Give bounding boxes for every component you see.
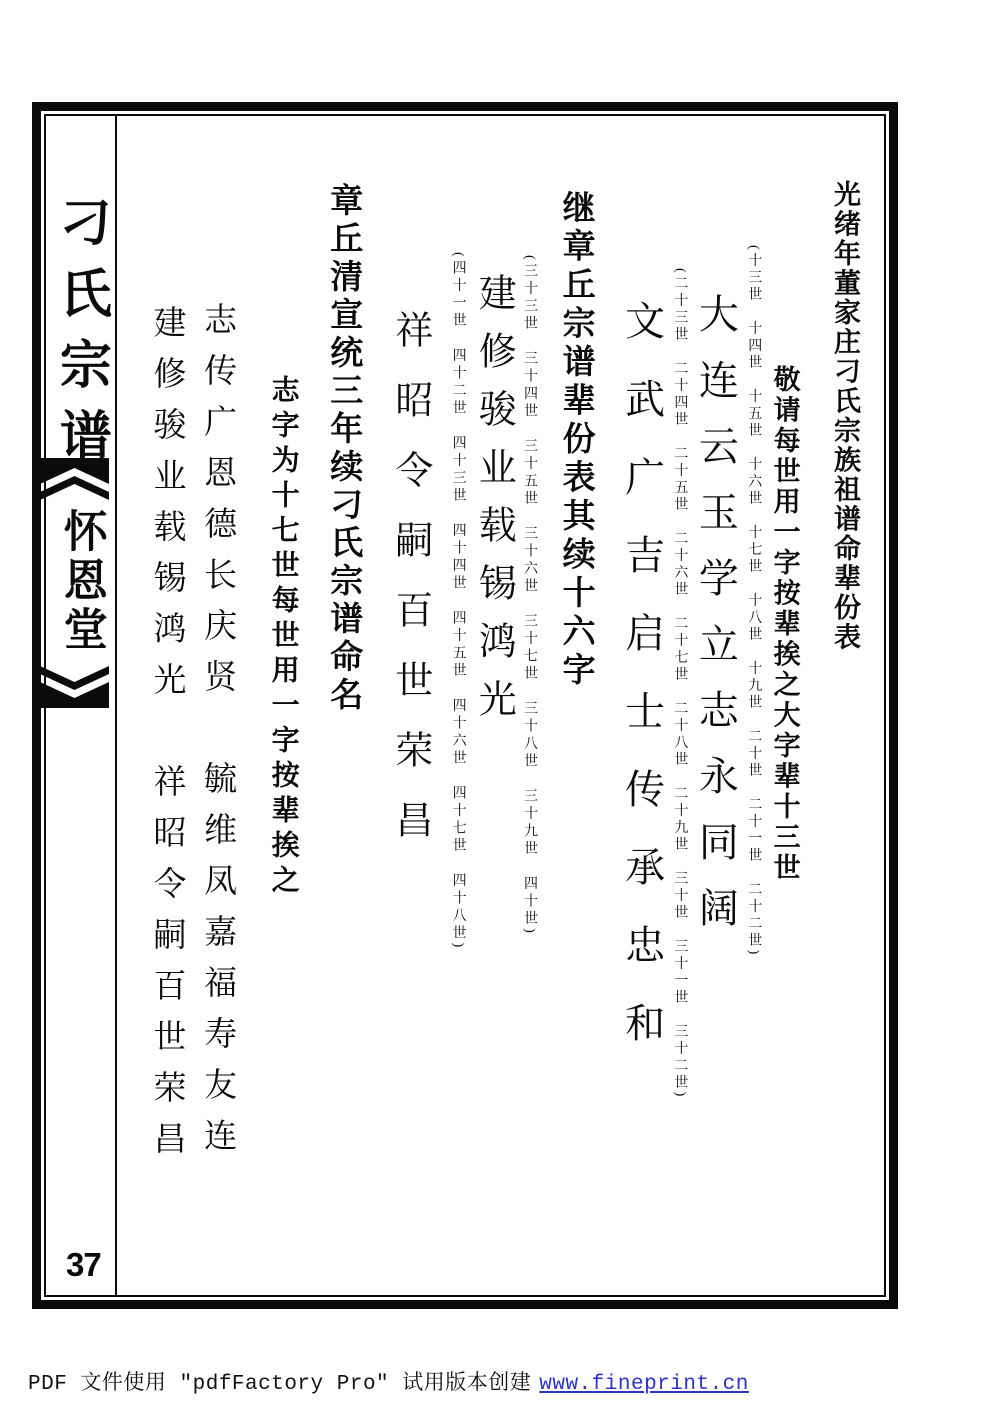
column-range-33-40: (三十三世 三十四世 三十五世 三十六世 三十七世 三十八世 三十九世 四十世): [520, 116, 537, 936]
inner-border-frame: 刁氏宗谱 怀恩堂 37 光绪年董家庄刁氏宗族祖谱命辈份表 敬请每世用一字按辈挨之…: [44, 114, 886, 1297]
fineprint-link[interactable]: www.fineprint.cn: [539, 1373, 749, 1396]
column-instruction-generation-13: 敬请每世用一字按辈挨之大字辈十三世: [768, 116, 800, 884]
page-number: 37: [66, 1246, 101, 1284]
hall-bracket-top-ornament: [40, 458, 109, 506]
pdf-watermark: PDF 文件使用 ″pdfFactory Pro″ 试用版本创建www.fine…: [28, 1366, 749, 1396]
column-names-23-32: 文武广吉启士传承忠和: [618, 116, 666, 1080]
column-range-13-22: (十三世 十四世 十五世 十六世 十七世 十八世 十九世 二十世 二十一世 二十…: [744, 116, 761, 957]
hall-bracket-bottom-ornament: [40, 660, 109, 708]
column-names-41-48: 祥昭令嗣百世荣昌: [386, 116, 432, 870]
column-names-zhi-line2: 建修骏业载锡鸿光 祥昭令嗣百世荣昌: [146, 116, 186, 1172]
column-names-zhi-line1: 志传广恩德长庆贤 毓维凤嘉福寿友连: [196, 116, 236, 1169]
book-title: 刁氏宗谱: [48, 195, 110, 479]
column-names-13-22: 大连云玉学立志永同阔: [691, 116, 739, 953]
column-guangxu-table-title: 光绪年董家庄刁氏宗族祖谱命辈份表: [829, 116, 861, 652]
column-range-41-48: (四十一世 四十二世 四十三世 四十四世 四十五世 四十六世 四十七世 四十八世…: [449, 116, 466, 951]
pdf-watermark-text: PDF 文件使用 ″pdfFactory Pro″ 试用版本创建: [28, 1373, 531, 1396]
column-range-23-32: (二十三世 二十四世 二十五世 二十六世 二十七世 二十八世 二十九世 三十世 …: [671, 116, 688, 1099]
column-instruction-generation-17: 志字为十七世每世用一字按辈挨之: [267, 116, 301, 900]
column-zhangqiu-xuantong-title: 章丘清宣统三年续刁氏宗谱命名: [323, 116, 363, 715]
column-names-33-40: 建修骏业载锡鸿光: [470, 116, 516, 737]
scan-page-frame: 刁氏宗谱 怀恩堂 37 光绪年董家庄刁氏宗族祖谱命辈份表 敬请每世用一字按辈挨之…: [32, 102, 898, 1309]
column-jizhangqiu-title: 继章丘宗谱辈份表其续十六字: [555, 116, 595, 691]
genealogy-text-block: 光绪年董家庄刁氏宗族祖谱命辈份表 敬请每世用一字按辈挨之大字辈十三世 (十三世 …: [117, 116, 861, 1295]
hall-name: 怀恩堂: [54, 508, 107, 655]
